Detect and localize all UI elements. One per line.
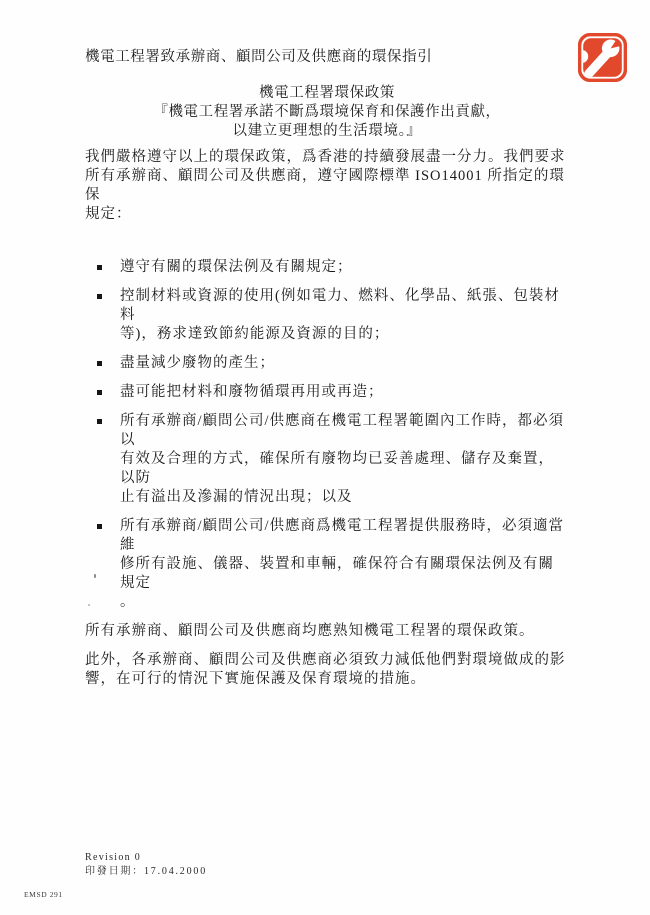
- bullet-square-icon: [97, 361, 102, 366]
- policy-requirements-list: 遵守有關的環保法例及有關規定； 控制材料或資源的使用(例如電力、燃料、化學品、紙…: [85, 258, 569, 612]
- bullet-square-icon: [97, 265, 102, 270]
- text-line: 盡可能把材料和廢物循環再用或再造；: [120, 383, 384, 402]
- print-date-label: 印發日期：17.04.2000: [85, 865, 207, 879]
- text-line: 所有承辦商、顧問公司及供應商均應熟知機電工程署的環保政策。: [85, 622, 569, 641]
- text-line: 我們嚴格遵守以上的環保政策，爲香港的持續發展盡一分力。我們要求: [85, 148, 569, 167]
- text-line: 等)，務求達致節約能源及資源的目的；: [120, 325, 569, 344]
- bullet-square-icon: [97, 419, 102, 424]
- policy-quote: 『機電工程署承諾不斷爲環境保育和保護作出貢獻， 以建立更理想的生活環境。』: [85, 103, 569, 141]
- text-line: 此外，各承辦商、顧問公司及供應商必須致力減低他們對環境做成的影: [85, 651, 569, 670]
- bullet-square-icon: [97, 294, 102, 299]
- text-line: 響，在可行的情況下實施保護及保育環境的措施。: [85, 670, 569, 689]
- text-line: 所有承辦商、顧問公司及供應商，遵守國際標準 ISO14001 所指定的環保: [85, 167, 569, 205]
- scan-artifact: [94, 574, 96, 578]
- document-title: 機電工程署致承辦商、顧問公司及供應商的環保指引: [85, 48, 569, 67]
- footer: Revision 0 印發日期：17.04.2000: [85, 851, 207, 878]
- closing-paragraph-1: 所有承辦商、顧問公司及供應商均應熟知機電工程署的環保政策。: [85, 622, 569, 641]
- text-line: 所有承辦商/顧問公司/供應商在機電工程署範圍內工作時，都必須以: [120, 412, 569, 450]
- text-line: 止有溢出及滲漏的情況出現；以及: [120, 488, 569, 507]
- revision-label: Revision 0: [85, 851, 207, 865]
- document-page: 機電工程署致承辦商、顧問公司及供應商的環保指引 機電工程署環保政策 『機電工程署…: [0, 0, 650, 915]
- text-line: 控制材料或資源的使用(例如電力、燃料、化學品、紙張、包裝材料: [120, 287, 569, 325]
- text-line: 規定：: [85, 205, 569, 224]
- form-code-label: EMSD 291: [24, 890, 63, 899]
- policy-quote-line: 『機電工程署承諾不斷爲環境保育和保護作出貢獻，: [85, 103, 569, 122]
- list-item: 盡量減少廢物的產生；: [85, 354, 569, 373]
- text-line: 遵守有關的環保法例及有關規定；: [120, 258, 353, 277]
- bullet-square-icon: [97, 524, 102, 529]
- text-line: 。: [120, 593, 569, 612]
- list-item: 所有承辦商/顧問公司/供應商在機電工程署範圍內工作時，都必須以 有效及合理的方式…: [85, 412, 569, 507]
- policy-heading: 機電工程署環保政策: [85, 84, 569, 103]
- text-line: 修所有設施、儀器、裝置和車輛，確保符合有關環保法例及有關規定: [120, 555, 569, 593]
- list-item: 遵守有關的環保法例及有關規定；: [85, 258, 569, 277]
- emsd-logo: [578, 33, 627, 82]
- text-line: 有效及合理的方式，確保所有廢物均已妥善處理、儲存及棄置，以防: [120, 450, 569, 488]
- scan-artifact: [88, 604, 90, 606]
- list-item: 所有承辦商/顧問公司/供應商爲機電工程署提供服務時，必須適當維 修所有設施、儀器…: [85, 517, 569, 612]
- list-item: 控制材料或資源的使用(例如電力、燃料、化學品、紙張、包裝材料 等)，務求達致節約…: [85, 287, 569, 344]
- bullet-square-icon: [97, 390, 102, 395]
- list-item: 盡可能把材料和廢物循環再用或再造；: [85, 383, 569, 402]
- intro-paragraph: 我們嚴格遵守以上的環保政策，爲香港的持續發展盡一分力。我們要求 所有承辦商、顧問…: [85, 148, 569, 224]
- closing-paragraph-2: 此外，各承辦商、顧問公司及供應商必須致力減低他們對環境做成的影 響，在可行的情況…: [85, 651, 569, 689]
- text-line: 所有承辦商/顧問公司/供應商爲機電工程署提供服務時，必須適當維: [120, 517, 569, 555]
- policy-quote-line: 以建立更理想的生活環境。』: [85, 122, 569, 141]
- document-body: 機電工程署致承辦商、顧問公司及供應商的環保指引 機電工程署環保政策 『機電工程署…: [85, 0, 569, 689]
- wrench-icon: [578, 33, 627, 82]
- text-line: 盡量減少廢物的產生；: [120, 354, 275, 373]
